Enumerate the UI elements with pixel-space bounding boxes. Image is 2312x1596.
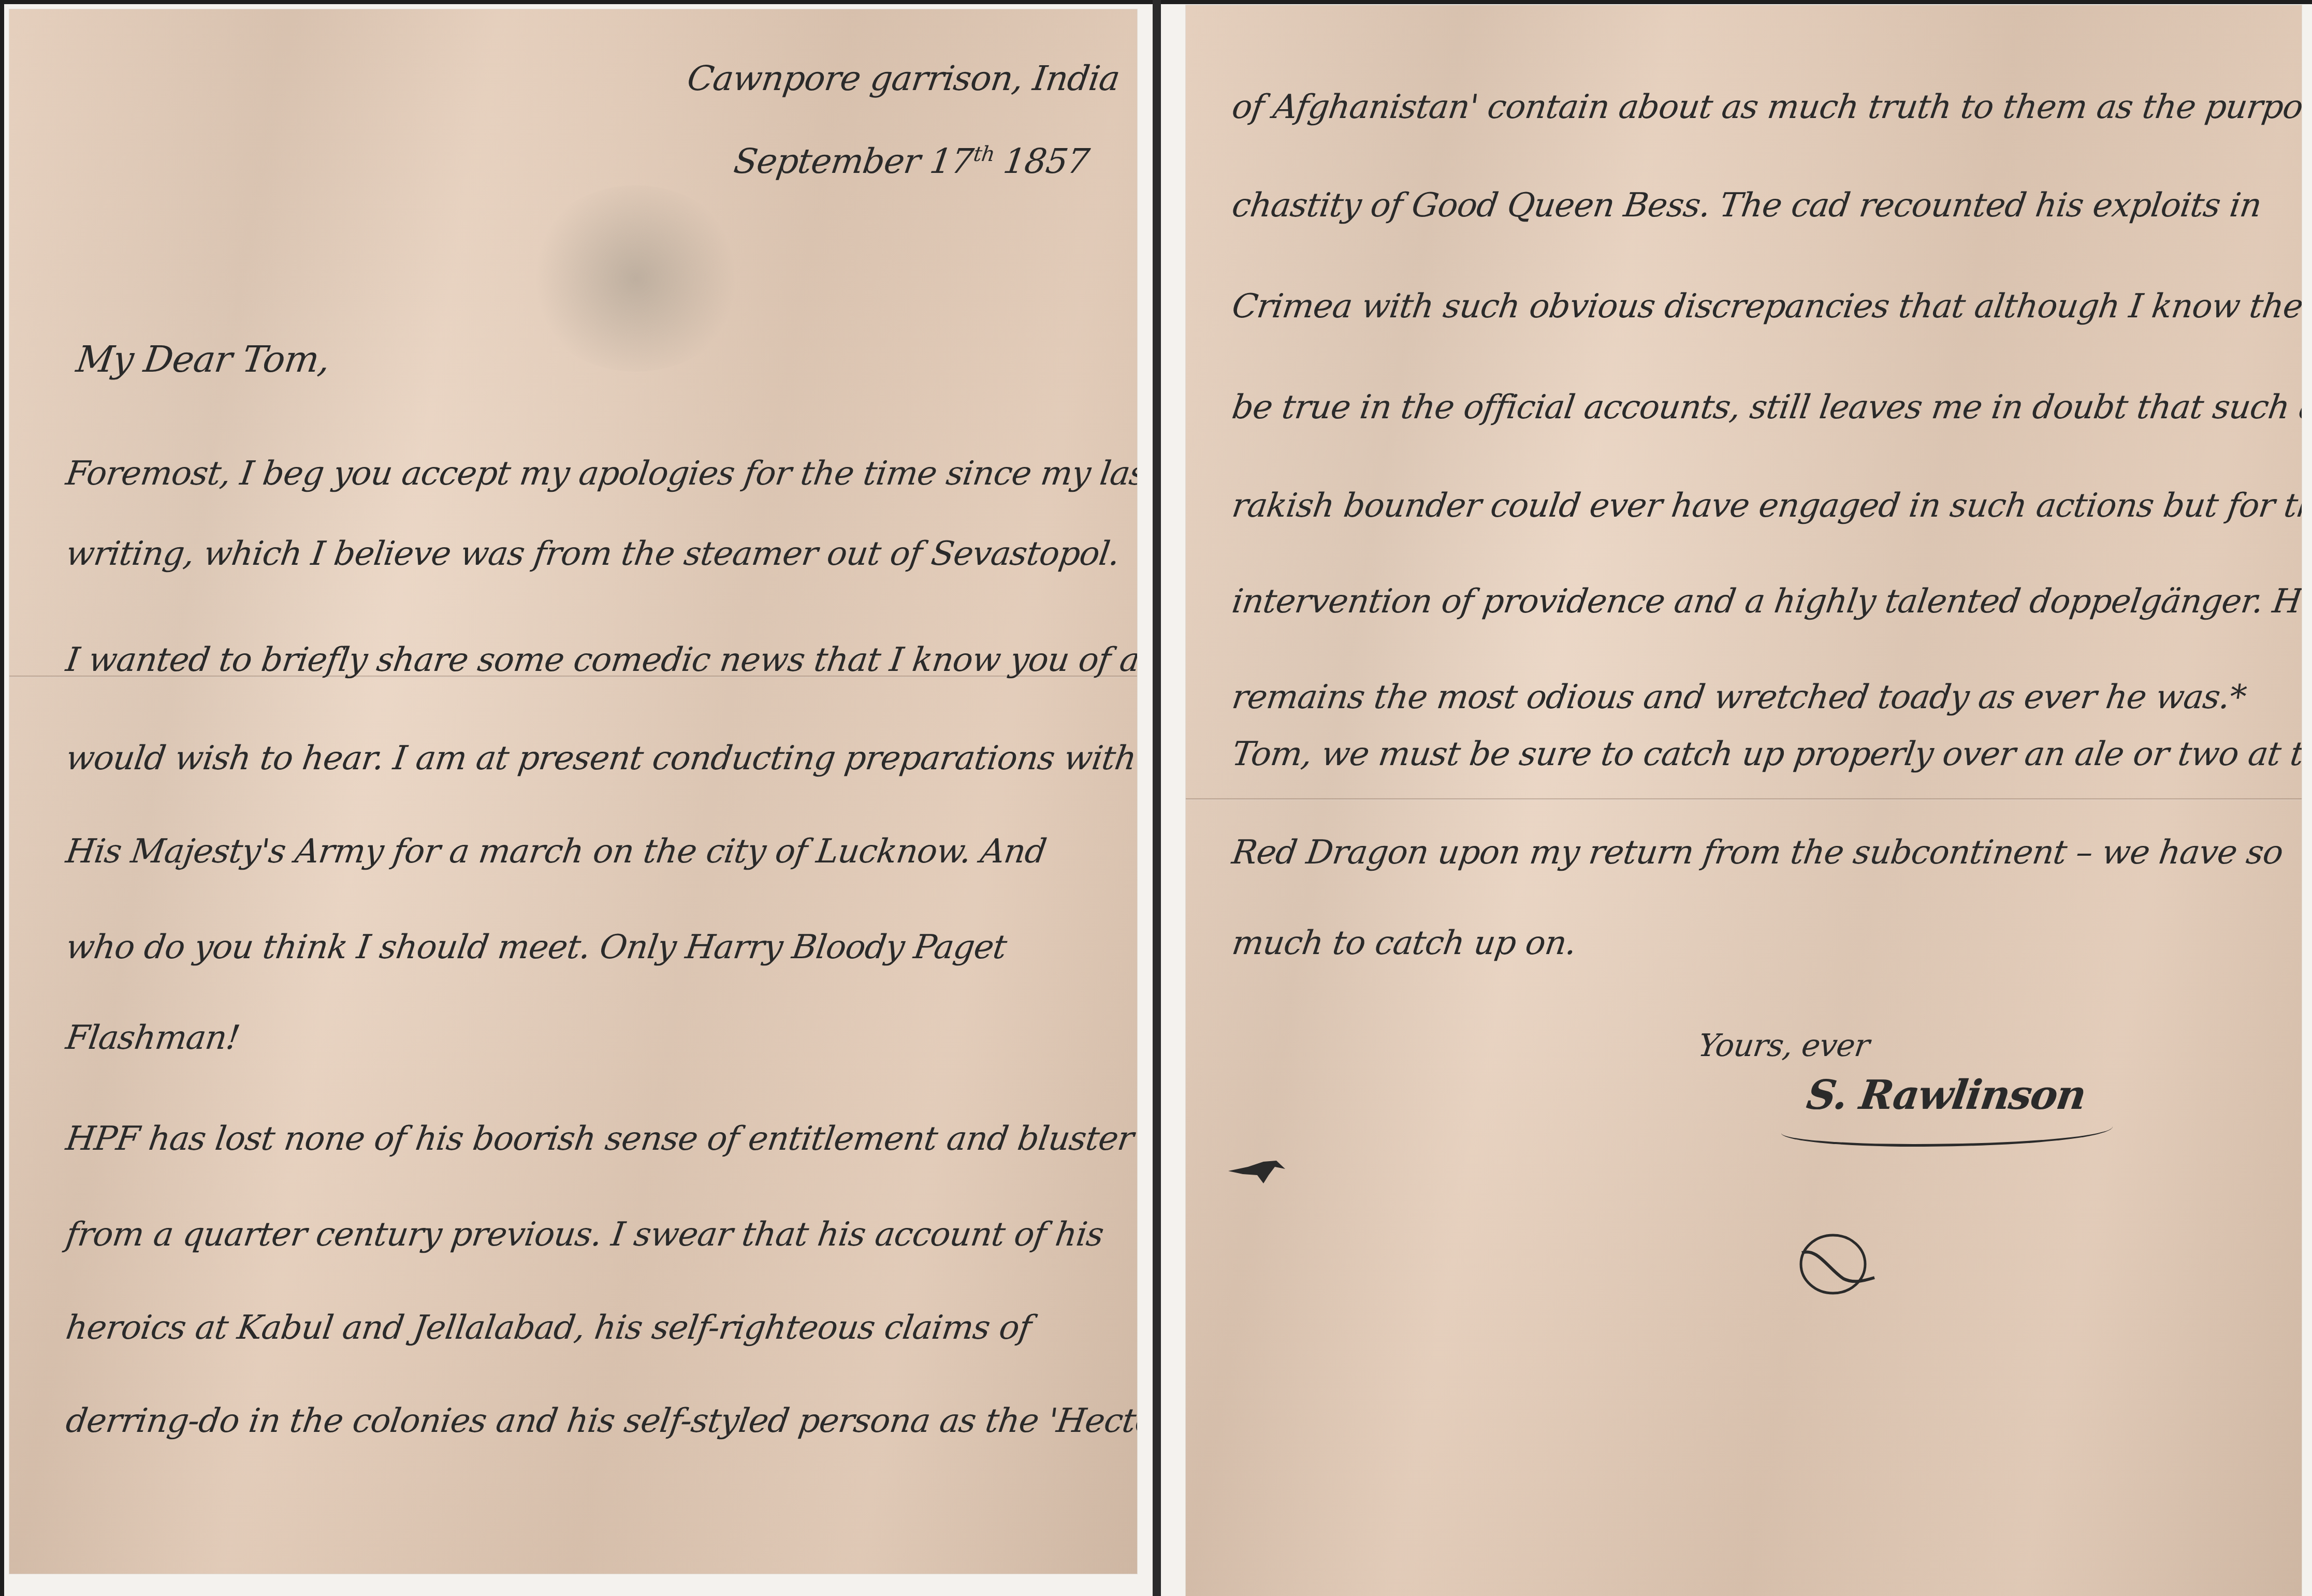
letter-location: Cawnpore garrison, India (685, 58, 1122, 98)
body-line: derring-do in the colonies and his self-… (64, 1402, 1137, 1440)
body-line: chastity of Good Queen Bess. The cad rec… (1230, 186, 2264, 225)
body-line: His Majesty's Army for a march on the ci… (64, 832, 1049, 871)
body-line: rakish bounder could ever have engaged i… (1230, 487, 2302, 525)
body-line: remains the most odious and wretched toa… (1230, 678, 2248, 716)
body-line: Flashman! (64, 1019, 242, 1057)
body-line: from a quarter century previous. I swear… (64, 1216, 1106, 1254)
scan-frame-left (0, 0, 4, 1596)
body-line: writing, which I believe was from the st… (64, 535, 1122, 573)
body-line: Tom, we must be sure to catch up properl… (1230, 735, 2302, 773)
body-line: I wanted to briefly share some comedic n… (64, 641, 1137, 679)
body-line: much to catch up on. (1230, 924, 1579, 962)
pen-loop-mark-icon (1781, 1232, 1885, 1299)
letter-closing: Yours, ever (1696, 1028, 1871, 1064)
body-line: intervention of providence and a highly … (1230, 582, 2302, 621)
water-stain (527, 185, 745, 372)
body-line: HPF has lost none of his boorish sense o… (64, 1120, 1136, 1158)
date-suffix: th (972, 142, 996, 166)
body-line: be true in the official accounts, still … (1230, 388, 2302, 427)
body-line: Foremost, I beg you accept my apologies … (64, 455, 1137, 493)
page-divider (1153, 0, 1161, 1596)
letter-signature: S. Rawlinson (1804, 1072, 2089, 1119)
letter-page-1: Cawnpore garrison, India September 17th … (9, 9, 1137, 1574)
signature-flourish (1781, 1113, 2113, 1147)
date-year: 1857 (1001, 141, 1092, 181)
body-line: heroics at Kabul and Jellalabad, his sel… (64, 1309, 1034, 1347)
body-line: Red Dragon upon my return from the subco… (1230, 833, 2286, 872)
body-line: of Afghanistan' contain about as much tr… (1230, 88, 2302, 126)
body-line: Crimea with such obvious discrepancies t… (1230, 287, 2302, 326)
letter-page-2: of Afghanistan' contain about as much tr… (1186, 5, 2302, 1596)
paper-fold-crease (1186, 798, 2302, 800)
date-month-day: September 17 (732, 141, 976, 181)
letter-date: September 17th 1857 (732, 141, 1092, 181)
letter-greeting: My Dear Tom, (74, 338, 332, 380)
body-line: who do you think I should meet. Only Har… (64, 928, 1009, 967)
body-line: would wish to hear. I am at present cond… (64, 739, 1137, 778)
ink-blot-icon (1227, 1160, 1295, 1185)
